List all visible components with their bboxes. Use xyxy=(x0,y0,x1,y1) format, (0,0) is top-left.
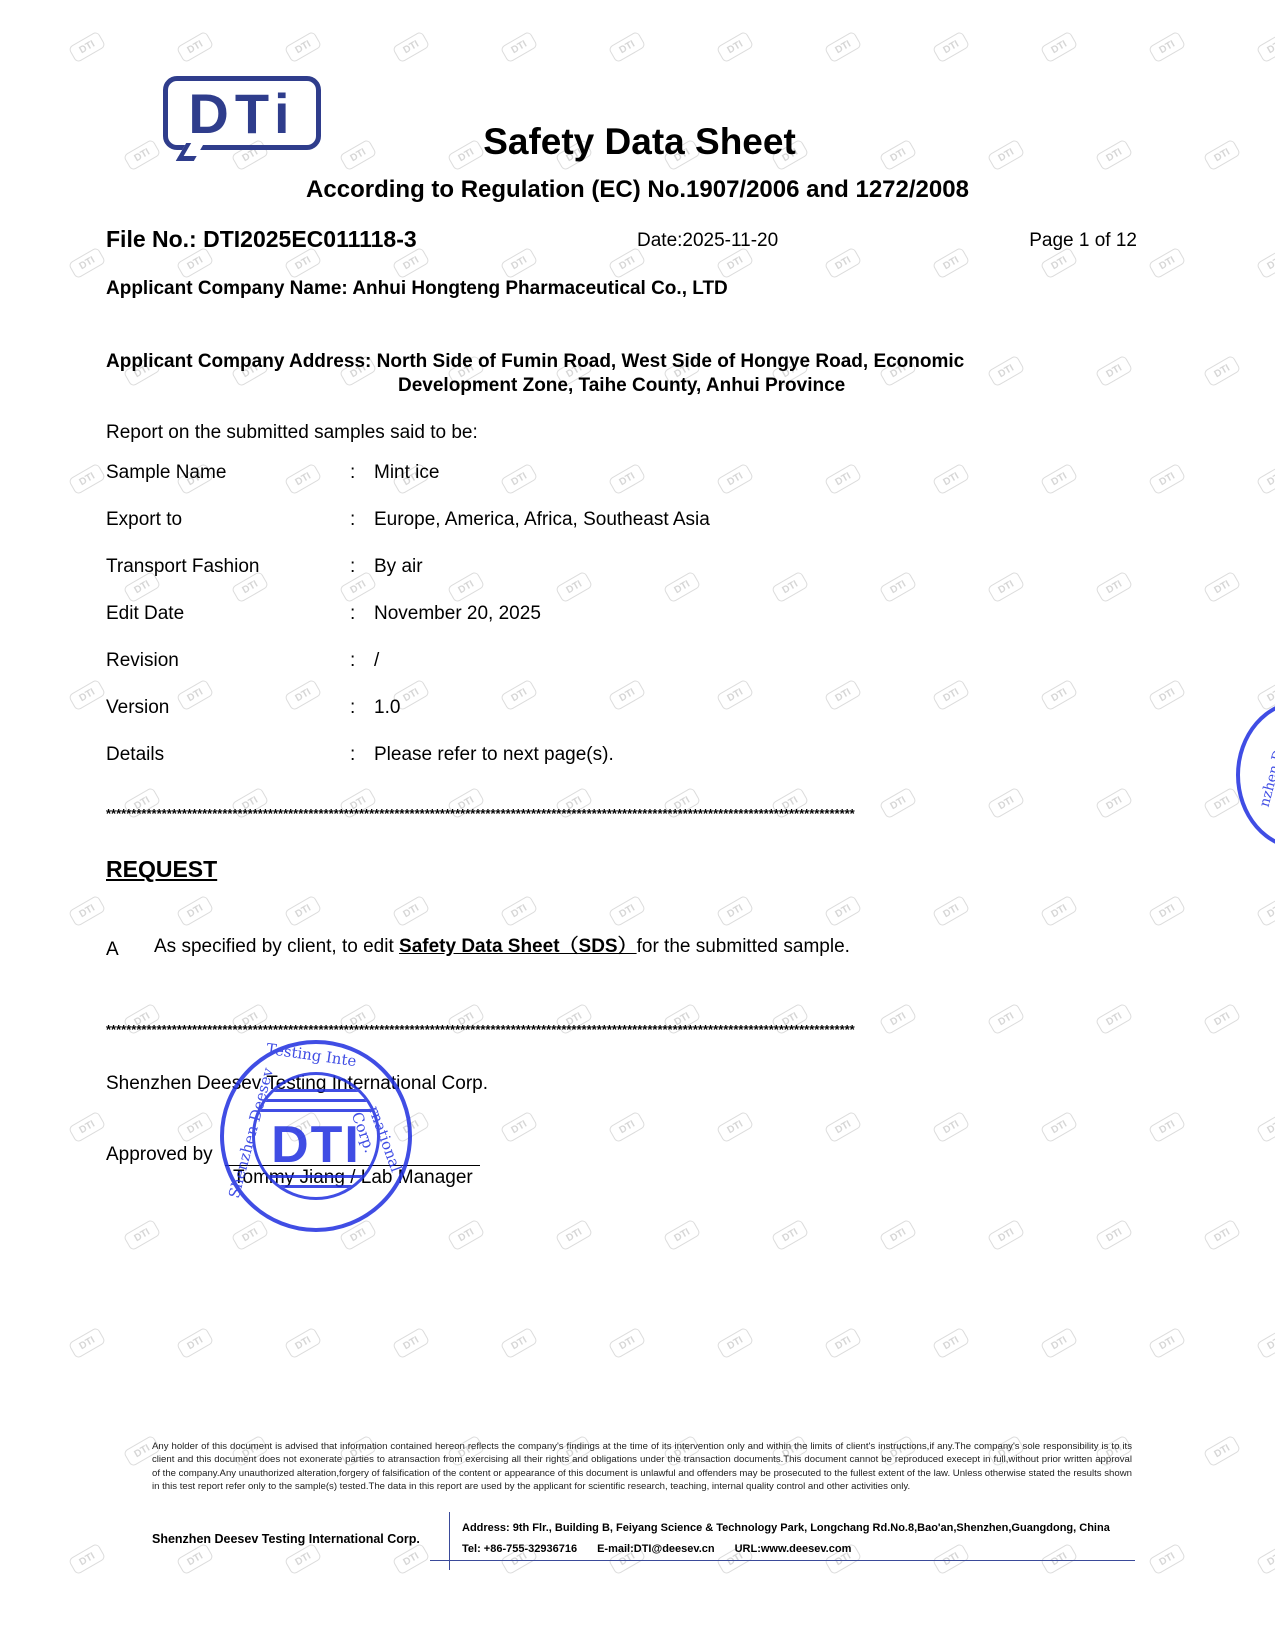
field-label: Sample Name xyxy=(106,462,350,484)
request-text-before: As specified by client, to edit xyxy=(154,936,399,957)
field-revision: Revision : / xyxy=(106,650,379,672)
address-line-2: Development Zone, Taihe County, Anhui Pr… xyxy=(106,374,1066,398)
field-separator: : xyxy=(350,650,374,672)
field-label: Transport Fashion xyxy=(106,556,350,578)
field-value: By air xyxy=(374,556,423,578)
field-transport-fashion: Transport Fashion : By air xyxy=(106,556,423,578)
request-text-sds: Safety Data Sheet（SDS） xyxy=(399,936,637,957)
footer-contact: Tel: +86-755-32936716 E-mail:DTI@deesev.… xyxy=(462,1543,851,1555)
applicant-company-address: Applicant Company Address: North Side of… xyxy=(106,350,1066,398)
field-value: / xyxy=(374,650,379,672)
document-date: Date:2025-11-20 xyxy=(637,230,778,252)
field-value: 1.0 xyxy=(374,697,400,719)
field-export-to: Export to : Europe, America, Africa, Sou… xyxy=(106,509,710,531)
field-details: Details : Please refer to next page(s). xyxy=(106,744,614,766)
footer-email[interactable]: E-mail:DTI@deesev.cn xyxy=(597,1543,715,1555)
request-text-after: for the submitted sample. xyxy=(637,936,850,957)
field-label: Edit Date xyxy=(106,603,350,625)
field-separator: : xyxy=(350,556,374,578)
approved-by-label: Approved by xyxy=(106,1144,213,1166)
separator-stars: ****************************************… xyxy=(106,806,1171,821)
field-separator: : xyxy=(350,697,374,719)
field-separator: : xyxy=(350,744,374,766)
edge-stamp-text: nzhen Dees xyxy=(1257,725,1275,808)
field-separator: : xyxy=(350,509,374,531)
request-heading: REQUEST xyxy=(106,856,217,883)
field-edit-date: Edit Date : November 20, 2025 xyxy=(106,603,541,625)
page-indicator: Page 1 of 12 xyxy=(1029,230,1137,252)
document-subtitle: According to Regulation (EC) No.1907/200… xyxy=(0,176,1275,204)
address-line-1: Applicant Company Address: North Side of… xyxy=(106,351,964,372)
field-value: Europe, America, Africa, Southeast Asia xyxy=(374,509,710,531)
field-label: Export to xyxy=(106,509,350,531)
separator-stars: ****************************************… xyxy=(106,1022,1171,1037)
request-item-text: As specified by client, to edit Safety D… xyxy=(154,931,850,958)
partial-stamp-edge: nzhen Dees xyxy=(1236,700,1275,850)
official-stamp: DTI Testing Inte Shenzhen Deesev rnation… xyxy=(220,1040,412,1232)
footer-url[interactable]: URL:www.deesev.com xyxy=(735,1543,852,1555)
field-value: Please refer to next page(s). xyxy=(374,744,614,766)
footer-divider-vertical xyxy=(449,1512,450,1570)
file-number: File No.: DTI2025EC011118-3 xyxy=(106,226,417,253)
request-item-letter: A xyxy=(106,939,119,961)
field-sample-name: Sample Name : Mint ice xyxy=(106,462,439,484)
field-label: Details xyxy=(106,744,350,766)
footer-tel: Tel: +86-755-32936716 xyxy=(462,1543,577,1555)
field-value: November 20, 2025 xyxy=(374,603,541,625)
footer-address: Address: 9th Flr., Building B, Feiyang S… xyxy=(462,1522,1110,1534)
footer-divider-horizontal xyxy=(430,1560,1135,1561)
report-intro: Report on the submitted samples said to … xyxy=(106,422,478,444)
document-page: DTi Safety Data Sheet According to Regul… xyxy=(0,0,1275,1650)
field-separator: : xyxy=(350,603,374,625)
applicant-company-name: Applicant Company Name: Anhui Hongteng P… xyxy=(106,278,728,300)
document-title: Safety Data Sheet xyxy=(0,121,1275,163)
footer-corp-name: Shenzhen Deesev Testing International Co… xyxy=(152,1532,420,1546)
field-label: Version xyxy=(106,697,350,719)
stamp-ring-top: Testing Inte xyxy=(265,1040,357,1070)
field-version: Version : 1.0 xyxy=(106,697,400,719)
field-value: Mint ice xyxy=(374,462,439,484)
footer-disclaimer: Any holder of this document is advised t… xyxy=(152,1440,1132,1493)
field-separator: : xyxy=(350,462,374,484)
field-label: Revision xyxy=(106,650,350,672)
